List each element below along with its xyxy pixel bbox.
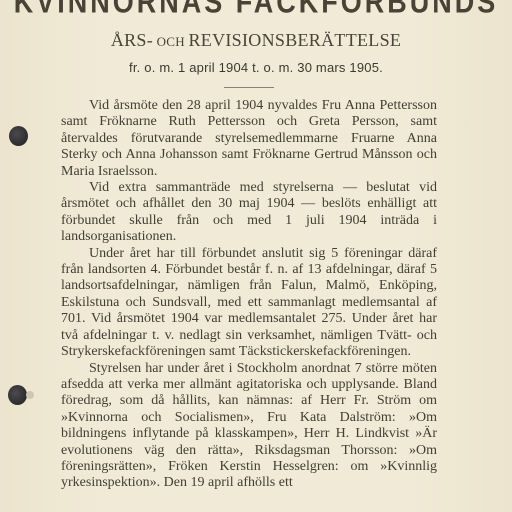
paragraph-landsorganisation: Vid extra sammanträde med styrelserna — … (61, 180, 437, 246)
punch-hole-icon (8, 385, 27, 405)
subtitle-part-revision: REVISIONSBERÄTTELSE (188, 30, 401, 50)
section-divider (224, 87, 274, 88)
punch-hole-icon (9, 126, 28, 146)
report-period: fr. o. m. 1 april 1904 t. o. m. 30 mars … (0, 60, 512, 75)
subtitle-part-ars: ÅRS- (111, 30, 153, 50)
report-body: Vid årsmöte den 28 april 1904 nyvaldes F… (61, 98, 437, 492)
subtitle-part-och: OCH (153, 34, 188, 49)
paragraph-membership: Under året har till förbundet anslutit s… (61, 246, 437, 361)
masthead-title: KVINNORNAS FACKFÖRBUNDS (0, 0, 512, 20)
report-subtitle: ÅRS- OCH REVISIONSBERÄTTELSE (0, 30, 512, 51)
document-page: KVINNORNAS FACKFÖRBUNDS ÅRS- OCH REVISIO… (0, 0, 512, 512)
paragraph-board-election: Vid årsmöte den 28 april 1904 nyvaldes F… (61, 98, 437, 180)
paragraph-meetings: Styrelsen har under året i Stockholm ano… (61, 361, 437, 492)
